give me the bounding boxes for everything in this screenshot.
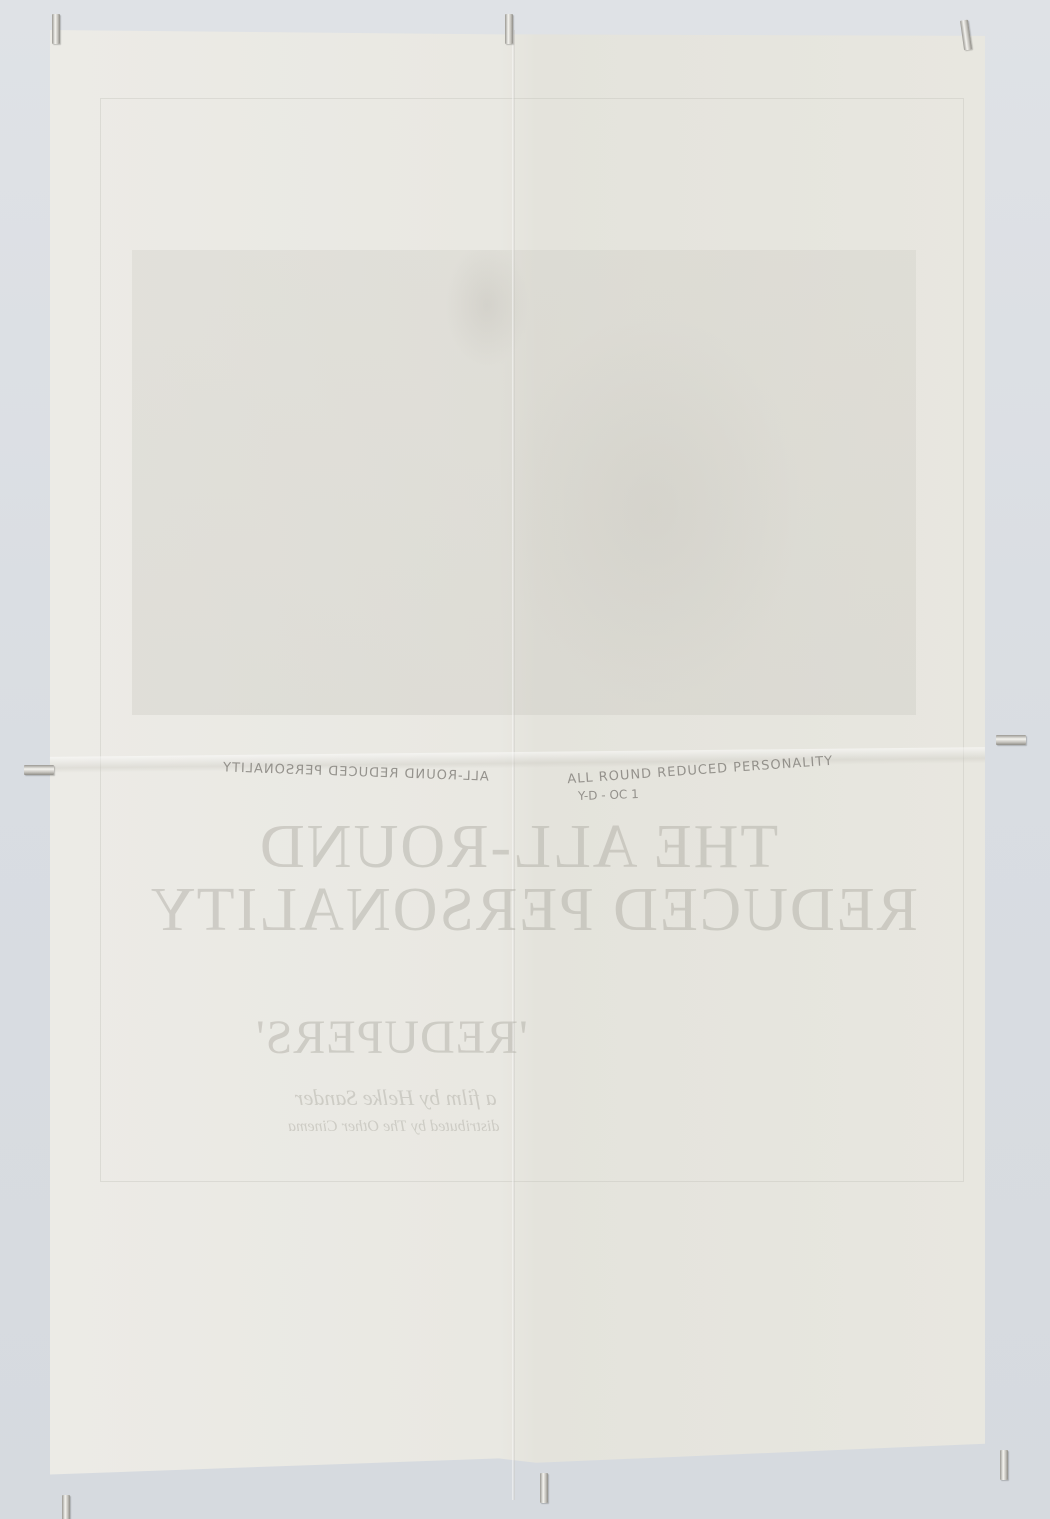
- clip-top-left-icon: [52, 14, 60, 44]
- bleed-title-line3: 'REDUPERS': [255, 1010, 528, 1065]
- bleed-credit-distributor: distributed by The Other Cinema: [288, 1118, 500, 1136]
- handwritten-code: Y-D - OC 1: [578, 787, 639, 803]
- clip-bottom-center-icon: [540, 1473, 548, 1503]
- bleed-title-line1: THE ALL-ROUND: [258, 812, 778, 883]
- clip-mid-right-icon: [996, 735, 1026, 745]
- clip-bottom-left-icon: [62, 1495, 70, 1519]
- clip-top-center-icon: [505, 14, 513, 44]
- bleed-credit-director: a film by Helke Sander: [295, 1085, 497, 1111]
- clip-bottom-right-icon: [1000, 1450, 1008, 1480]
- clip-mid-left-icon: [24, 765, 54, 775]
- bleed-title-line2: REDUCED PERSONALITY: [148, 875, 918, 946]
- photo-bleed-through: [132, 250, 916, 715]
